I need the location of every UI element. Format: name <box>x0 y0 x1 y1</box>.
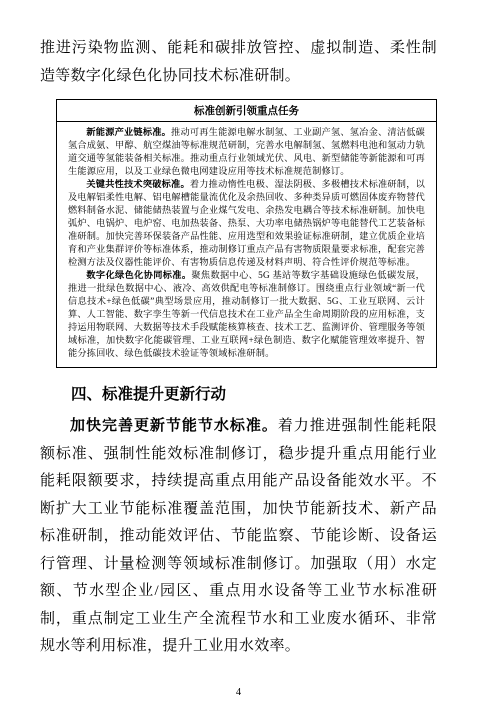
box-title: 标准创新引领重点任务 <box>57 100 436 122</box>
box-paragraph-new-energy: 新能源产业链标准。推动可再生能源电解水制氢、工业副产氢、氢冶金、清洁低碳氢合成氨… <box>68 126 425 178</box>
box-paragraph-key-tech: 关键共性技术突破标准。着力推动惰性电极、湿法阴极、多极槽技术标准研制，以及电解铝… <box>68 178 425 269</box>
section-heading: 四、标准提升更新行动 <box>40 381 437 409</box>
key-tasks-box: 标准创新引领重点任务 新能源产业链标准。推动可再生能源电解水制氢、工业副产氢、氢… <box>56 99 437 368</box>
box-body: 新能源产业链标准。推动可再生能源电解水制氢、工业副产氢、氢冶金、清洁低碳氢合成氨… <box>57 122 436 367</box>
section-paragraph-text: 着力推进强制性能耗限额标准、强制性能效标准制修订，稳步提升重点用能行业能耗限额要… <box>40 418 437 654</box>
box-paragraph-text: 聚焦数据中心、5G 基站等数字基础设施绿色低碳发展，推进一批绿色数据中心、液冷、… <box>68 270 425 358</box>
intro-paragraph: 推进污染物监测、能耗和碳排放管控、虚拟制造、柔性制造等数字化绿色化协同技术标准研… <box>40 34 437 90</box>
box-paragraph-lead: 新能源产业链标准。 <box>86 127 171 137</box>
box-paragraph-lead: 数字化绿色化协同标准。 <box>86 270 191 280</box>
box-paragraph-text: 着力推动惰性电极、湿法阴极、多极槽技术标准研制，以及电解铝柔性电解、铝电解槽能量… <box>68 179 425 267</box>
section-paragraph-lead: 加快完善更新节能节水标准。 <box>70 417 278 434</box>
section-paragraph: 加快完善更新节能节水标准。着力推进强制性能耗限额标准、强制性能效标准制修订，稳步… <box>40 412 437 661</box>
document-page: 推进污染物监测、能耗和碳排放管控、虚拟制造、柔性制造等数字化绿色化协同技术标准研… <box>0 0 477 713</box>
box-paragraph-digital-green: 数字化绿色化协同标准。聚焦数据中心、5G 基站等数字基础设施绿色低碳发展，推进一… <box>68 269 425 360</box>
box-paragraph-lead: 关键共性技术突破标准。 <box>86 179 189 189</box>
page-number: 4 <box>0 687 477 698</box>
